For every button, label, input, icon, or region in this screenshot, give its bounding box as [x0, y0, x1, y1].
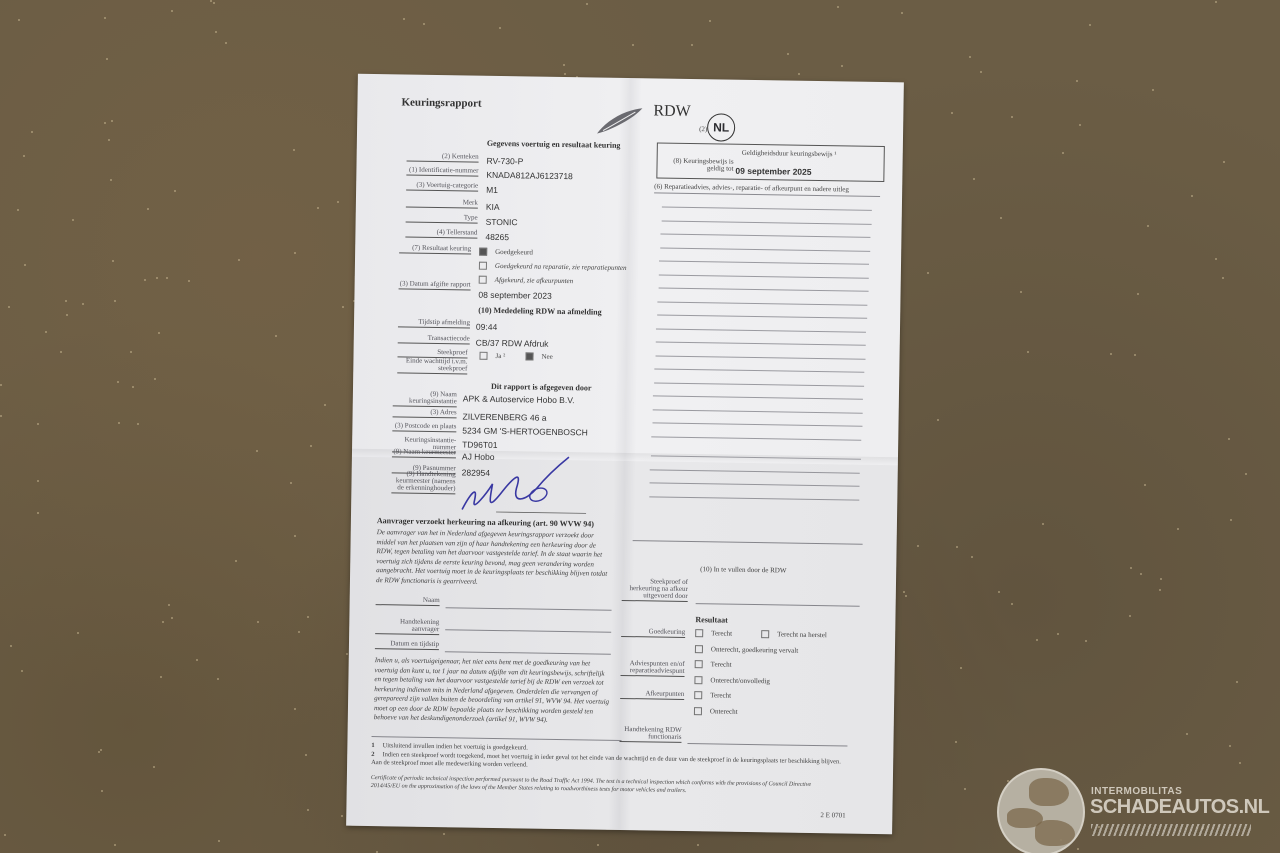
floor-speck: [217, 678, 219, 680]
vehicle-field-value: KIA: [486, 202, 500, 212]
floor-speck: [1147, 225, 1149, 227]
floor-speck: [77, 632, 79, 634]
owner-note: Indien u, als voertuigeigenaar, het niet…: [374, 656, 611, 726]
floor-speck: [17, 209, 19, 211]
floor-speck: [218, 840, 220, 842]
certificate-note: Certificate of periodic technical inspec…: [371, 774, 841, 797]
vehicle-field-label: (3) Voertuig-categorie: [406, 182, 478, 192]
reinspection-field-label: Naam: [376, 596, 440, 606]
reinspection-field-label: Datum en tijdstip: [375, 640, 439, 650]
floor-speck: [1228, 438, 1230, 440]
floor-speck: [24, 264, 26, 266]
floor-speck: [951, 112, 953, 114]
ruled-line: [655, 355, 865, 359]
floor-speck: [632, 44, 634, 46]
footnote-text: Uitsluitend invullen indien het voertuig…: [383, 742, 528, 751]
floor-speck: [564, 73, 566, 75]
floor-speck: [235, 560, 237, 562]
floor-speck: [1236, 681, 1238, 683]
floor-speck: [293, 149, 295, 151]
vehicle-field-value: KNADA812AJ6123718: [486, 170, 573, 181]
floor-speck: [341, 815, 343, 817]
checkbox: [479, 352, 487, 360]
floor-speck: [423, 23, 425, 25]
repair-advice-lines: [358, 74, 904, 83]
vehicle-field-value: RV-730-P: [487, 156, 524, 167]
floor-speck: [21, 670, 23, 672]
floor-speck: [1159, 589, 1161, 591]
notice-field-label: Tijdstip afmelding: [398, 318, 470, 328]
ruled-line: [654, 382, 864, 386]
spot-check-option: Ja ²: [479, 352, 505, 361]
floor-speck: [691, 44, 693, 46]
checkbox[interactable]: [695, 630, 703, 638]
floor-speck: [225, 42, 227, 44]
floor-speck: [158, 332, 160, 334]
floor-speck: [317, 207, 319, 209]
spot-check-option: Nee: [525, 352, 552, 361]
issuer-field-value: ZILVERENBERG 46 a: [462, 411, 546, 422]
floor-speck: [162, 621, 164, 623]
rdw-result-option: Terecht: [695, 629, 732, 638]
ruled-line: [653, 409, 863, 413]
result-option: Goedgekeurd: [479, 248, 533, 257]
floor-speck: [305, 754, 307, 756]
floor-speck: [1230, 519, 1232, 521]
ruled-line: [651, 455, 861, 459]
floor-speck: [114, 300, 116, 302]
issuer-field-label: (9) Naam keurmeester: [392, 448, 456, 458]
floor-speck: [298, 631, 300, 633]
floor-speck: [174, 190, 176, 192]
floor-speck: [1229, 745, 1231, 747]
result-label: (7) Resultaat keuring: [399, 244, 471, 254]
floor-speck: [1222, 277, 1224, 279]
result-option-text: Goedgekeurd: [495, 248, 533, 257]
floor-speck: [104, 17, 106, 19]
handwritten-signature: [456, 453, 587, 517]
rdw-signature-label: Handtekening RDW functionaris: [619, 726, 681, 743]
floor-speck: [1137, 293, 1139, 295]
floor-speck: [837, 6, 839, 8]
rdw-result-option-text: Onterecht: [710, 707, 738, 715]
ruled-line: [660, 247, 870, 251]
rdw-result-option-text: Onterecht, goedkeuring vervalt: [711, 645, 798, 654]
repair-advice-heading: (6) Reparatieadvies, advies-, reparatie-…: [654, 182, 849, 193]
ruled-line: [655, 368, 865, 372]
issuer-heading: Dit rapport is afgegeven door: [491, 382, 592, 393]
floor-speck: [294, 535, 296, 537]
rdw-row-label: Goedkeuring: [621, 628, 685, 638]
rdw-result-option-text: Terecht: [711, 660, 732, 668]
issuer-field-label: (3) Adres: [393, 408, 457, 418]
checkbox: [479, 248, 487, 256]
floor-speck: [841, 65, 843, 67]
floor-speck: [160, 676, 162, 678]
floor-speck: [1020, 291, 1022, 293]
country-code-badge: NL: [707, 113, 735, 141]
floor-speck: [980, 71, 982, 73]
floor-speck: [37, 480, 39, 482]
floor-speck: [955, 741, 957, 743]
reinspection-field-line: [445, 629, 611, 633]
floor-speck: [1110, 353, 1112, 355]
ruled-line: [653, 395, 863, 399]
checkbox[interactable]: [694, 707, 702, 715]
floor-speck: [1177, 528, 1179, 530]
issuer-field-label: (9) Naam keuringsinstantie: [393, 390, 457, 407]
floor-speck: [403, 18, 405, 20]
floor-speck: [294, 708, 296, 710]
floor-speck: [443, 833, 445, 835]
floor-speck: [971, 556, 973, 558]
floor-speck: [117, 381, 119, 383]
issuer-field-label: (3) Postcode en plaats: [392, 422, 456, 432]
document-title: Keuringsrapport: [401, 96, 481, 109]
floor-speck: [188, 280, 190, 282]
floor-speck: [98, 751, 100, 753]
floor-speck: [171, 617, 173, 619]
floor-speck: [154, 378, 156, 380]
floor-speck: [787, 53, 789, 55]
result-heading: Resultaat: [695, 615, 728, 625]
issuer-field-value: APK & Autoservice Hobo B.V.: [463, 393, 575, 405]
rdw-result-option: Terecht: [694, 691, 731, 700]
floor-speck: [1134, 354, 1136, 356]
floor-speck: [346, 653, 348, 655]
floor-speck: [1011, 603, 1013, 605]
performed-by-label: Steekproef of herkeuring na afkeur uitge…: [622, 578, 688, 602]
rdw-section-heading: (10) In te vullen door de RDW: [700, 565, 786, 574]
floor-speck: [101, 790, 103, 792]
vehicle-field-label: (4) Tellerstand: [405, 229, 477, 239]
floor-speck: [1042, 523, 1044, 525]
floor-speck: [215, 31, 217, 33]
floor-speck: [156, 277, 158, 279]
floor-speck: [310, 445, 312, 447]
floor-speck: [697, 844, 699, 846]
floor-speck: [798, 73, 800, 75]
floor-speck: [901, 12, 903, 14]
floor-speck: [563, 64, 565, 66]
rdw-result-option: Onterecht: [694, 707, 738, 716]
spot-check-options: Ja ²Nee: [358, 74, 904, 83]
vehicle-field-label: (1) Identificatie-nummer: [406, 167, 478, 177]
issuer-field-value: 5234 GM 'S-HERTOGENBOSCH: [462, 425, 588, 437]
rdw-wordmark: RDW: [653, 102, 691, 121]
spot-check-option-text: Nee: [541, 353, 552, 361]
floor-speck: [275, 335, 277, 337]
floor-speck: [8, 306, 10, 308]
floor-speck: [137, 423, 139, 425]
floor-speck: [1144, 484, 1146, 486]
result-option: Goedgekeurd na reparatie, zie reparatiep…: [479, 262, 627, 273]
floor-speck: [307, 809, 309, 811]
floor-speck: [37, 423, 39, 425]
floor-speck: [1000, 217, 1002, 219]
ruled-line: [656, 328, 866, 332]
floor-speck: [168, 604, 170, 606]
floor-speck: [196, 659, 198, 661]
notice-field-value: 09:44: [476, 322, 497, 332]
ruled-line: [656, 341, 866, 345]
spot-check-sub-label: Einde wachttijd i.v.m. steekproef: [397, 357, 467, 374]
floor-speck: [147, 208, 149, 210]
ruled-line: [661, 220, 871, 224]
floor-speck: [917, 545, 919, 547]
rdw-result-rows: GoedkeuringTerechtTerecht na herstelOnte…: [358, 74, 904, 83]
floor-speck: [153, 766, 155, 768]
floor-speck: [597, 844, 599, 846]
rdw-row-label: Afkeurpunten: [620, 690, 684, 700]
validity-label: (8) Keuringsbewijs is geldig tot: [671, 158, 733, 173]
floor-speck: [256, 450, 258, 452]
floor-speck: [106, 58, 108, 60]
rdw-result-option-text: Terecht: [710, 691, 731, 699]
ruled-line: [649, 496, 859, 500]
issuer-field-value: TD96T01: [462, 439, 498, 450]
validity-value: 09 september 2025: [735, 166, 811, 177]
spot-check-option-text: Ja ²: [495, 352, 505, 360]
ruled-line: [657, 314, 867, 318]
floor-speck: [927, 272, 929, 274]
floor-speck: [709, 20, 711, 22]
floor-speck: [1129, 615, 1131, 617]
checkbox[interactable]: [694, 676, 702, 684]
floor-speck: [960, 667, 962, 669]
checkbox[interactable]: [761, 631, 769, 639]
floor-speck: [45, 331, 47, 333]
vehicle-field-value: M1: [486, 185, 498, 195]
floor-speck: [1186, 733, 1188, 735]
result-options: GoedgekeurdGoedgekeurd na reparatie, zie…: [358, 74, 904, 83]
vehicle-field-label: Merk: [406, 199, 478, 209]
floor-speck: [1223, 161, 1225, 163]
vehicle-section-heading: Gegevens voertuig en resultaat keuring: [487, 139, 621, 150]
rdw-notice-fields: Tijdstip afmelding09:44TransactiecodeCB/…: [358, 74, 904, 83]
checkbox[interactable]: [695, 645, 703, 653]
floor-speck: [10, 645, 12, 647]
floor-speck: [307, 616, 309, 618]
floor-speck: [1130, 567, 1132, 569]
floor-speck: [108, 139, 110, 141]
floor-speck: [0, 415, 2, 417]
form-code: 2 E 0701: [820, 811, 845, 819]
floor-speck: [1140, 573, 1142, 575]
floor-speck: [213, 2, 215, 4]
issuer-fields: (9) Naam keuringsinstantieAPK & Autoserv…: [358, 74, 904, 83]
floor-speck: [130, 351, 132, 353]
reinspection-field-label: Handtekening aanvrager: [375, 618, 439, 635]
ruled-line: [651, 436, 861, 440]
floor-speck: [1152, 89, 1154, 91]
footnote-number: 2: [371, 751, 374, 758]
checkbox: [479, 276, 487, 284]
floor-speck: [337, 201, 339, 203]
floor-speck: [210, 0, 212, 2]
footnotes: 1Uitsluitend invullen indien het voertui…: [358, 74, 904, 83]
notice-field-value: CB/37 RDW Afdruk: [476, 338, 549, 349]
floor-speck: [1011, 116, 1013, 118]
vehicle-field-value: 48265: [485, 232, 509, 242]
floor-speck: [1191, 195, 1193, 197]
issue-date-label: (3) Datum afgifte rapport: [399, 280, 471, 290]
country-code: NL: [713, 120, 729, 134]
issue-date-value: 08 september 2023: [478, 290, 551, 301]
checkbox: [525, 353, 533, 361]
rdw-row-label: Adviespunten en/of reparatieadviespunt: [621, 660, 685, 677]
rdw-feather-logo-icon: [595, 105, 643, 136]
floor-speck: [586, 3, 588, 5]
reinspection-field-line: [446, 607, 612, 611]
floor-speck: [111, 120, 113, 122]
floor-speck: [1215, 1, 1217, 3]
signature-label: (9) Handtekening keurmeester (namens de …: [391, 470, 455, 494]
rdw-result-option: Terecht: [695, 660, 732, 669]
rdw-result-option: Terecht na herstel: [761, 630, 827, 639]
rdw-result-option: Onterecht, goedkeuring vervalt: [695, 645, 798, 655]
floor-speck: [290, 482, 292, 484]
floor-speck: [31, 131, 33, 133]
reinspection-field-line: [445, 651, 611, 655]
ruled-line: [652, 422, 862, 426]
floor-speck: [4, 834, 6, 836]
floor-speck: [294, 252, 296, 254]
vehicle-fields: (2) KentekenRV-730-P(1) Identificatie-nu…: [358, 74, 904, 83]
floor-speck: [66, 314, 68, 316]
floor-speck: [1245, 473, 1247, 475]
floor-speck: [37, 512, 39, 514]
reinspection-body: De aanvrager van het in Nederland afgege…: [376, 528, 613, 589]
floor-speck: [324, 404, 326, 406]
floor-speck: [132, 386, 134, 388]
rdw-result-option-text: Terecht na herstel: [777, 630, 827, 639]
floor-speck: [110, 179, 112, 181]
floor-speck: [60, 351, 62, 353]
ruled-line: [650, 482, 860, 486]
floor-speck: [18, 19, 20, 21]
ruled-line: [659, 274, 869, 278]
floor-speck: [1076, 80, 1078, 82]
floor-speck: [1160, 578, 1162, 580]
checkbox: [479, 262, 487, 270]
floor-speck: [72, 219, 74, 221]
floor-speck: [1089, 24, 1091, 26]
checkbox[interactable]: [694, 692, 702, 700]
floor-speck: [257, 621, 259, 623]
floor-speck: [144, 279, 146, 281]
floor-speck: [1239, 762, 1241, 764]
floor-speck: [964, 788, 966, 790]
floor-speck: [1036, 639, 1038, 641]
ruled-line: [661, 234, 871, 238]
floor-speck: [23, 155, 25, 157]
floor-speck: [998, 591, 1000, 593]
floor-speck: [956, 546, 958, 548]
notice-field-label: Transactiecode: [398, 334, 470, 344]
vehicle-field-value: STONIC: [486, 217, 518, 228]
reinspection-heading: Aanvrager verzoekt herkeuring na afkeuri…: [377, 516, 594, 528]
floor-speck: [499, 27, 501, 29]
floor-speck: [1085, 640, 1087, 642]
globe-icon: [997, 768, 1085, 853]
ruled-line: [662, 207, 872, 211]
watermark-brand-text: SCHADEAUTOS.NL: [1090, 796, 1269, 819]
inspection-report-paper: Keuringsrapport RDW (2) NL Gegevens voer…: [346, 74, 904, 834]
floor-speck: [238, 259, 240, 261]
floor-speck: [82, 303, 84, 305]
ruled-line: [659, 261, 869, 265]
rdw-notice-heading: (10) Mededeling RDW na afmelding: [478, 306, 602, 317]
ruled-line: [658, 301, 868, 305]
floor-speck: [937, 419, 939, 421]
floor-speck: [1062, 152, 1064, 154]
floor-speck: [973, 178, 975, 180]
tire-tread-decoration: [1091, 824, 1251, 836]
floor-speck: [65, 300, 67, 302]
floor-speck: [104, 122, 106, 124]
rdw-result-option-text: Onterecht/onvolledig: [710, 676, 770, 685]
result-option-text: Afgekeurd, zie afkeurpunten: [495, 276, 574, 285]
watermark-logo: INTERMOBILITAS SCHADEAUTOS.NL: [995, 766, 1275, 850]
checkbox[interactable]: [695, 661, 703, 669]
floor-speck: [1079, 124, 1081, 126]
floor-speck: [342, 306, 344, 308]
floor-speck: [1027, 351, 1029, 353]
ruled-line: [650, 469, 860, 473]
rdw-result-option: Onterecht/onvolledig: [694, 676, 770, 686]
floor-speck: [1215, 258, 1217, 260]
vehicle-field-label: (2) Kenteken: [407, 153, 479, 163]
floor-speck: [905, 595, 907, 597]
ruled-line: [658, 288, 868, 292]
floor-speck: [114, 844, 116, 846]
floor-speck: [0, 384, 2, 386]
floor-speck: [166, 277, 168, 279]
floor-speck: [969, 56, 971, 58]
floor-speck: [112, 260, 114, 262]
result-option-text: Goedgekeurd na reparatie, zie reparatiep…: [495, 262, 627, 272]
rdw-result-option-text: Terecht: [711, 629, 732, 637]
vehicle-field-label: Type: [406, 214, 478, 224]
floor-speck: [100, 749, 102, 751]
reinspection-fields: NaamHandtekening aanvragerDatum en tijds…: [358, 74, 904, 83]
floor-speck: [118, 422, 120, 424]
country-note: (2): [699, 125, 707, 133]
footnote-number: 1: [371, 742, 374, 749]
validity-box: Geldigheidsduur keuringsbewijs ¹ (8) Keu…: [656, 142, 885, 182]
floor-speck: [1057, 633, 1059, 635]
result-option: Afgekeurd, zie afkeurpunten: [479, 276, 574, 286]
floor-speck: [903, 591, 905, 593]
floor-speck: [171, 10, 173, 12]
validity-heading: Geldigheidsduur keuringsbewijs ¹: [742, 149, 837, 158]
